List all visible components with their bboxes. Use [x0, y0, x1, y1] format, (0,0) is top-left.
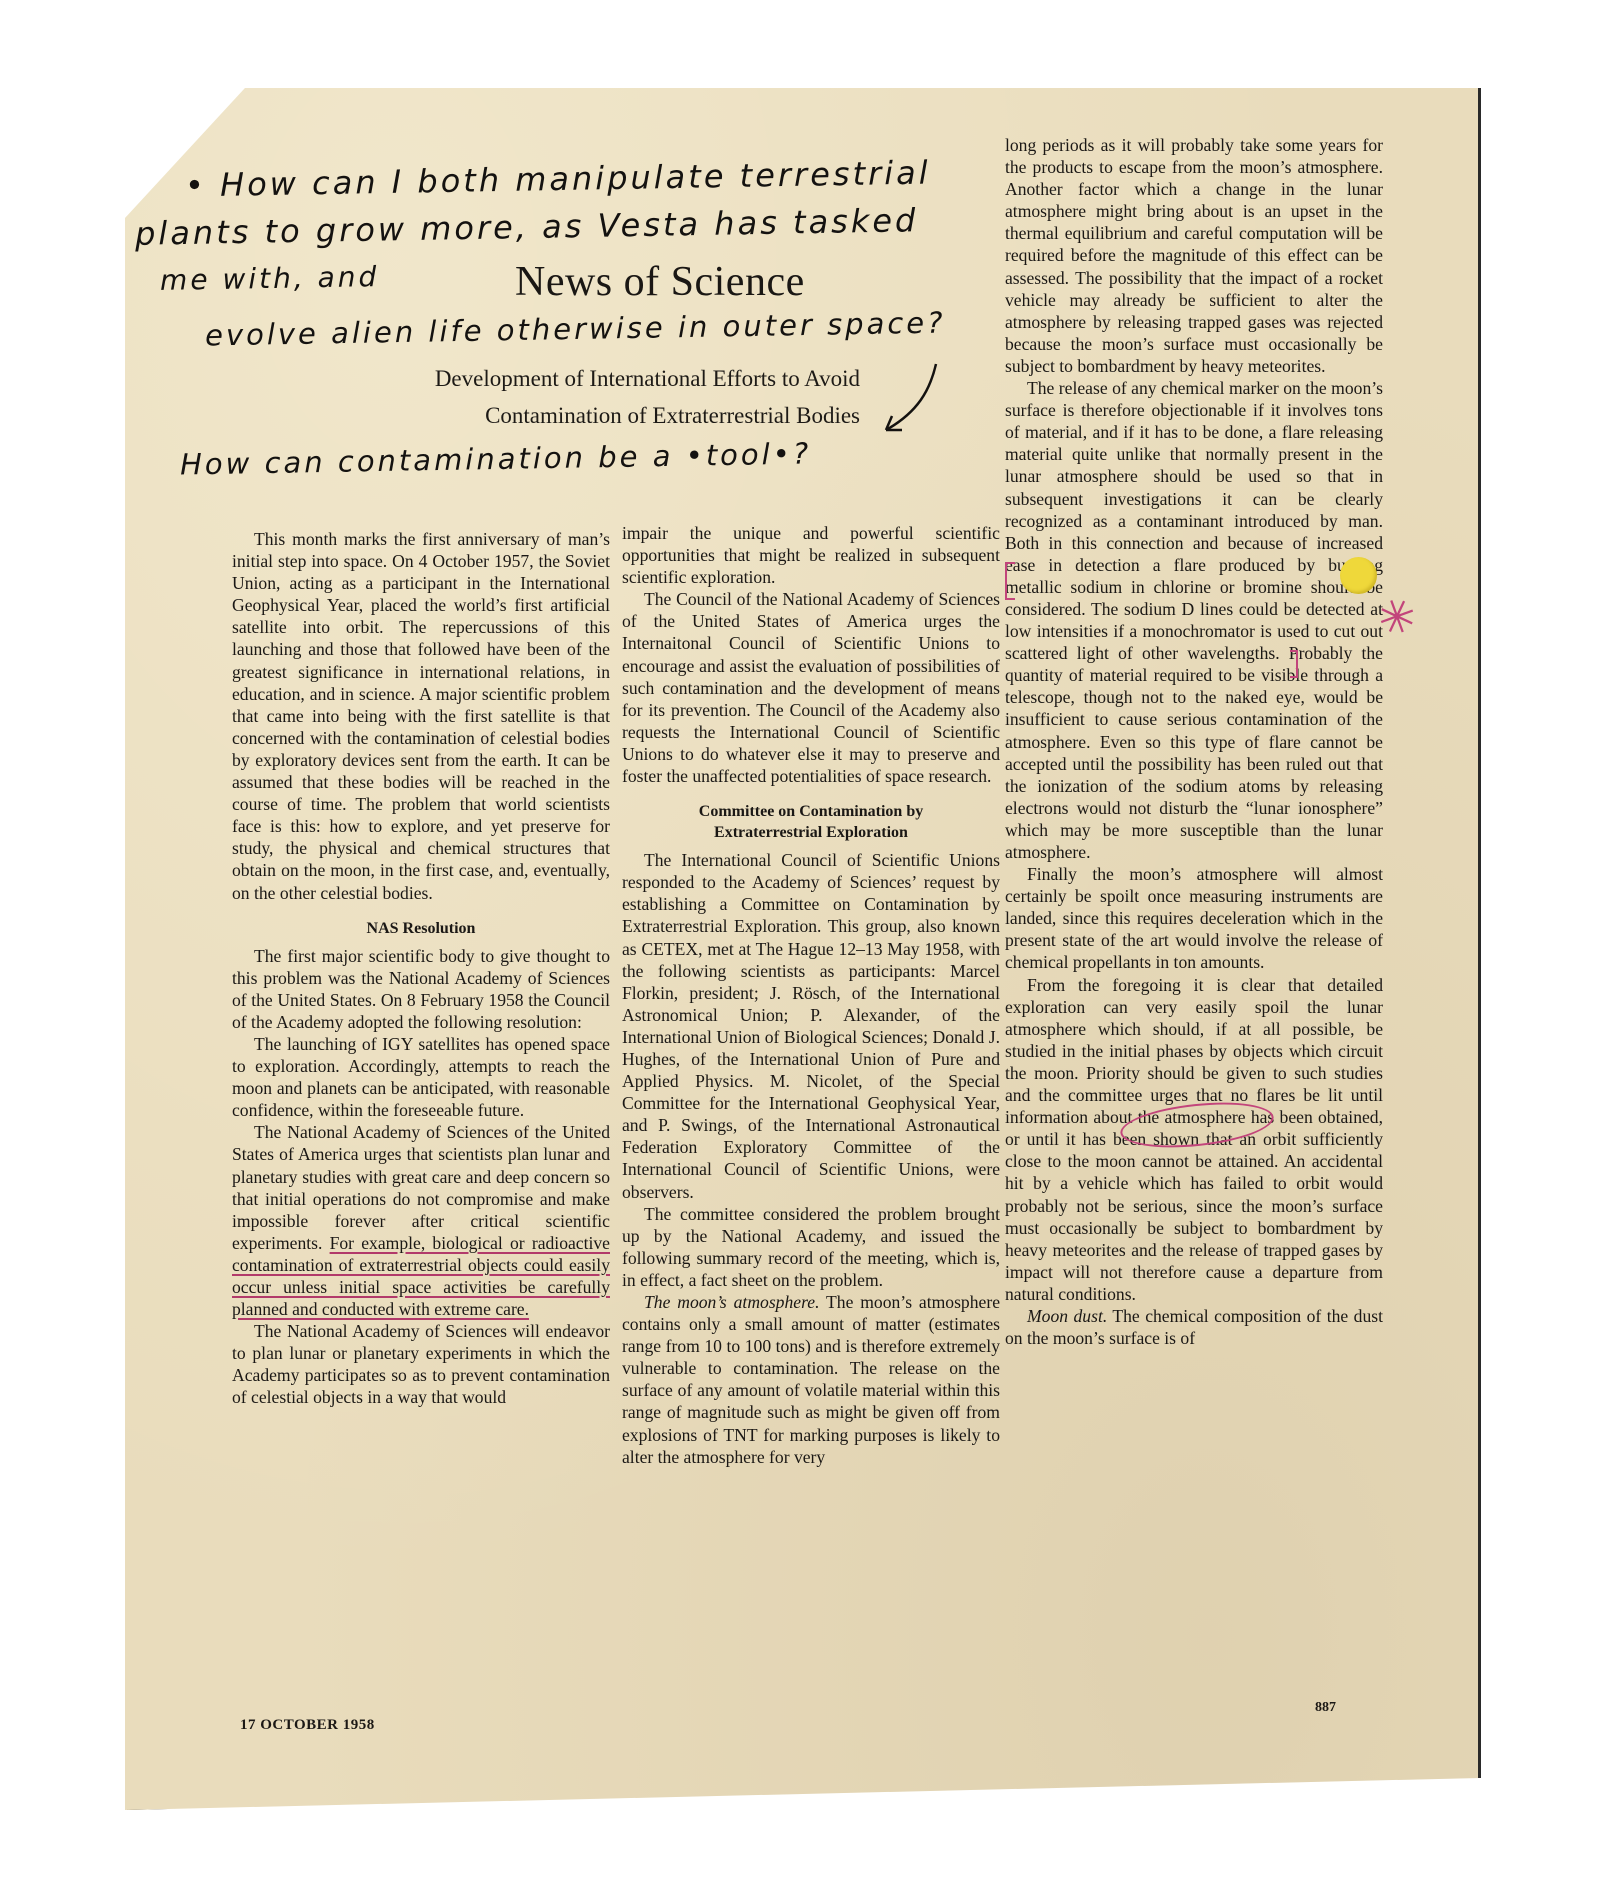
- paragraph: impair the unique and powerful scientifi…: [622, 522, 1000, 588]
- paragraph: The launching of IGY satellites has open…: [232, 1033, 610, 1121]
- run-in-heading: Moon dust.: [1027, 1306, 1107, 1326]
- page-number: 887: [1315, 1700, 1336, 1716]
- paragraph-text: The moon’s atmosphere contains only a sm…: [622, 1292, 1000, 1467]
- paragraph: The release of any chemical marker on th…: [1005, 377, 1383, 863]
- footer-date: 17 OCTOBER 1958: [240, 1717, 375, 1734]
- masthead-title: News of Science: [515, 258, 805, 306]
- run-in-heading: The moon’s atmosphere.: [644, 1292, 819, 1312]
- paragraph: long periods as it will probably take so…: [1005, 134, 1383, 377]
- subtitle-line-2: Contamination of Extraterrestrial Bodies: [300, 397, 860, 434]
- paragraph: The committee considered the problem bro…: [622, 1203, 1000, 1291]
- paragraph: The moon’s atmosphere. The moon’s atmosp…: [622, 1291, 1000, 1468]
- paragraph: The first major scientific body to give …: [232, 945, 610, 1033]
- article-column-2: impair the unique and powerful scientifi…: [622, 522, 1000, 1468]
- pink-bracket-open-icon: [1005, 562, 1015, 600]
- paragraph: The Council of the National Academy of S…: [622, 588, 1000, 787]
- pink-bracket-close-icon: [1290, 650, 1298, 678]
- paragraph: Finally the moon’s atmosphere will almos…: [1005, 863, 1383, 973]
- article-column-3: long periods as it will probably take so…: [1005, 134, 1383, 1349]
- section-heading: Committee on Contamination by Extraterre…: [622, 801, 1000, 843]
- handwritten-note-line3: me with, and: [160, 260, 380, 297]
- article-subtitle: Development of International Efforts to …: [300, 360, 860, 434]
- section-heading: NAS Resolution: [232, 918, 610, 939]
- subtitle-line-1: Development of International Efforts to …: [300, 360, 860, 397]
- paragraph: This month marks the first anniversary o…: [232, 528, 610, 904]
- handwritten-arrow-icon: [878, 360, 948, 440]
- paragraph: The International Council of Scientific …: [622, 849, 1000, 1203]
- paragraph: Moon dust. The chemical composition of t…: [1005, 1305, 1383, 1349]
- yellow-dot-sticker: [1340, 557, 1377, 594]
- article-column-1: This month marks the first anniversary o…: [232, 528, 610, 1409]
- page-edge-shadow: [1478, 88, 1481, 1778]
- paragraph: The National Academy of Sciences of the …: [232, 1121, 610, 1320]
- paragraph: The National Academy of Sciences will en…: [232, 1320, 610, 1408]
